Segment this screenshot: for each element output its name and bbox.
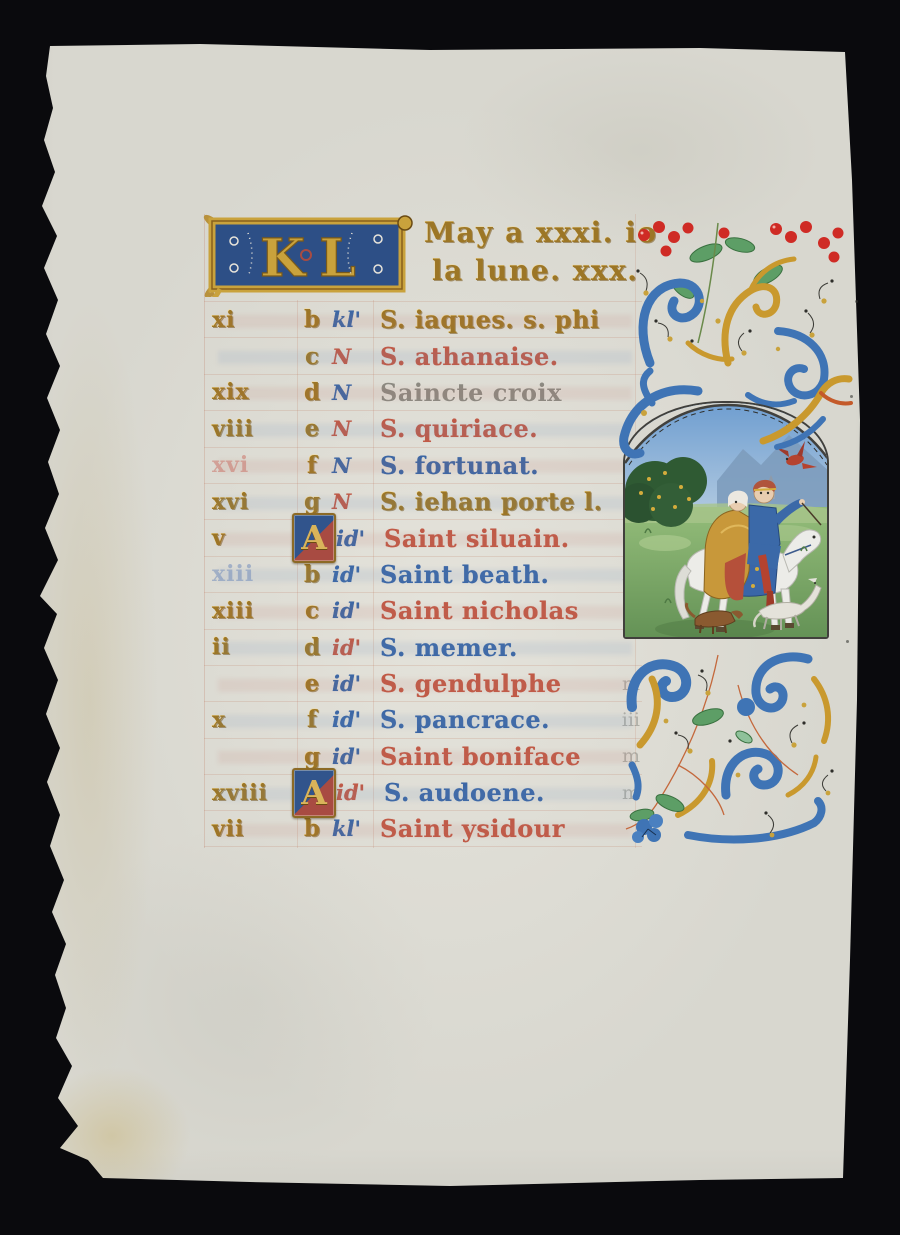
kalend-mark: N <box>332 416 380 441</box>
golden-number: ii <box>204 634 292 660</box>
kalend-mark: id' <box>336 780 384 805</box>
feast-name: S. memer. <box>380 633 640 662</box>
kalend-mark: N <box>332 344 380 369</box>
calendar-row: viii e N S. quiriace. <box>204 410 642 446</box>
dominical-letter: c <box>292 597 332 624</box>
calendar-row: xvi f N S. fortunat. <box>204 447 642 483</box>
golden-number: xviii <box>204 780 292 806</box>
illuminated-initial-a: A <box>292 768 336 818</box>
golden-number: xvi <box>204 489 292 515</box>
calendar-text-block: xi b kl' S. iaques. s. phi c N S. athana… <box>204 301 642 847</box>
golden-number: viii <box>204 416 292 442</box>
floral-border-bottom-right <box>618 645 856 848</box>
kalend-mark: kl' <box>332 816 380 841</box>
feast-name: Saint boniface <box>380 742 622 771</box>
golden-number: xvi <box>204 452 292 478</box>
kalend-mark: id' <box>332 744 380 769</box>
feast-name: S. pancrace. <box>380 705 622 734</box>
kl-monogram-initial: KL <box>202 213 414 297</box>
kalend-mark: id' <box>332 598 380 623</box>
dominical-letter: g <box>292 743 332 770</box>
dominical-letter: d <box>292 634 332 661</box>
golden-number: v <box>204 525 292 551</box>
feast-name: Saint beath. <box>380 560 622 589</box>
golden-number: xix <box>204 379 292 405</box>
kalend-mark: id' <box>332 635 380 660</box>
calendar-row: g id' Saint boniface m <box>204 738 642 774</box>
feast-name: S. audoene. <box>384 778 622 807</box>
calendar-row: xiii c id' Saint nicholas <box>204 592 642 628</box>
header-month-line: May a xxxi. io <box>424 216 658 249</box>
calendar-row: xix d N Saincte croix <box>204 374 642 410</box>
kalend-mark: id' <box>336 526 384 551</box>
kalend-mark: id' <box>332 562 380 587</box>
dominical-letter: d <box>292 379 332 406</box>
calendar-row: v A id' Saint siluain. <box>204 519 642 555</box>
dominical-letter: c <box>292 343 332 370</box>
calendar-row: xviii A id' S. audoene. m <box>204 774 642 810</box>
golden-number: x <box>204 707 292 733</box>
feast-name: Saint siluain. <box>384 524 640 553</box>
calendar-row: ii d id' S. memer. <box>204 629 642 665</box>
golden-number: vii <box>204 816 292 842</box>
feast-name: S. iaques. s. phi <box>380 305 640 334</box>
dominical-letter: e <box>292 670 332 697</box>
calendar-miniature-may-hawking <box>620 397 835 642</box>
dominical-letter: b <box>292 815 332 842</box>
header-moon-line: la lune. xxx. <box>432 254 639 287</box>
calendar-row: vii b kl' Saint ysidour <box>204 810 642 846</box>
kalend-mark: N <box>332 380 380 405</box>
photograph-of-manuscript-leaf: KL May a xxxi. io la lune. xxx. xi b kl'… <box>0 0 900 1235</box>
dominical-letter: e <box>292 415 332 442</box>
blue-acanthus-icon <box>632 657 822 840</box>
blue-acanthus-icon <box>614 383 704 463</box>
feast-name: S. quiriace. <box>380 414 640 443</box>
horse-eye <box>813 536 816 539</box>
dominical-letter: g <box>292 488 332 515</box>
dominical-letter: f <box>292 706 332 733</box>
feast-name: S. athanaise. <box>380 342 640 371</box>
feast-name: Saincte croix <box>380 378 640 407</box>
feast-name: S. iehan porte l. <box>380 487 640 516</box>
gold-flourish-icon <box>757 371 853 457</box>
calendar-row: e id' S. gendulphe m <box>204 665 642 701</box>
kalend-mark: kl' <box>332 307 380 332</box>
golden-number: xi <box>204 307 292 333</box>
feast-name: Saint nicholas <box>380 596 640 625</box>
feast-name: Saint ysidour <box>380 814 640 843</box>
dominical-letter: b <box>292 561 332 588</box>
kalend-mark: N <box>332 489 380 514</box>
kalend-mark: id' <box>332 707 380 732</box>
feast-name: S. gendulphe <box>380 669 622 698</box>
calendar-row: c N S. athanaise. <box>204 337 642 373</box>
kl-letters: KL <box>260 228 370 289</box>
calendar-row: x f id' S. pancrace. iii <box>204 701 642 737</box>
calendar-row: xi b kl' S. iaques. s. phi <box>204 301 642 337</box>
calendar-row: xiii b id' Saint beath. m <box>204 556 642 592</box>
golden-number: xiii <box>204 561 292 587</box>
blue-bud-icon <box>737 698 755 716</box>
dominical-letter: b <box>292 306 332 333</box>
kalend-mark: N <box>332 453 380 478</box>
feast-name: S. fortunat. <box>380 451 640 480</box>
dominical-letter: f <box>292 452 332 479</box>
golden-number: xiii <box>204 598 292 624</box>
kalend-mark: id' <box>332 671 380 696</box>
illuminated-initial-a: A <box>292 513 336 563</box>
calendar-row: xvi g N S. iehan porte l. <box>204 483 642 519</box>
